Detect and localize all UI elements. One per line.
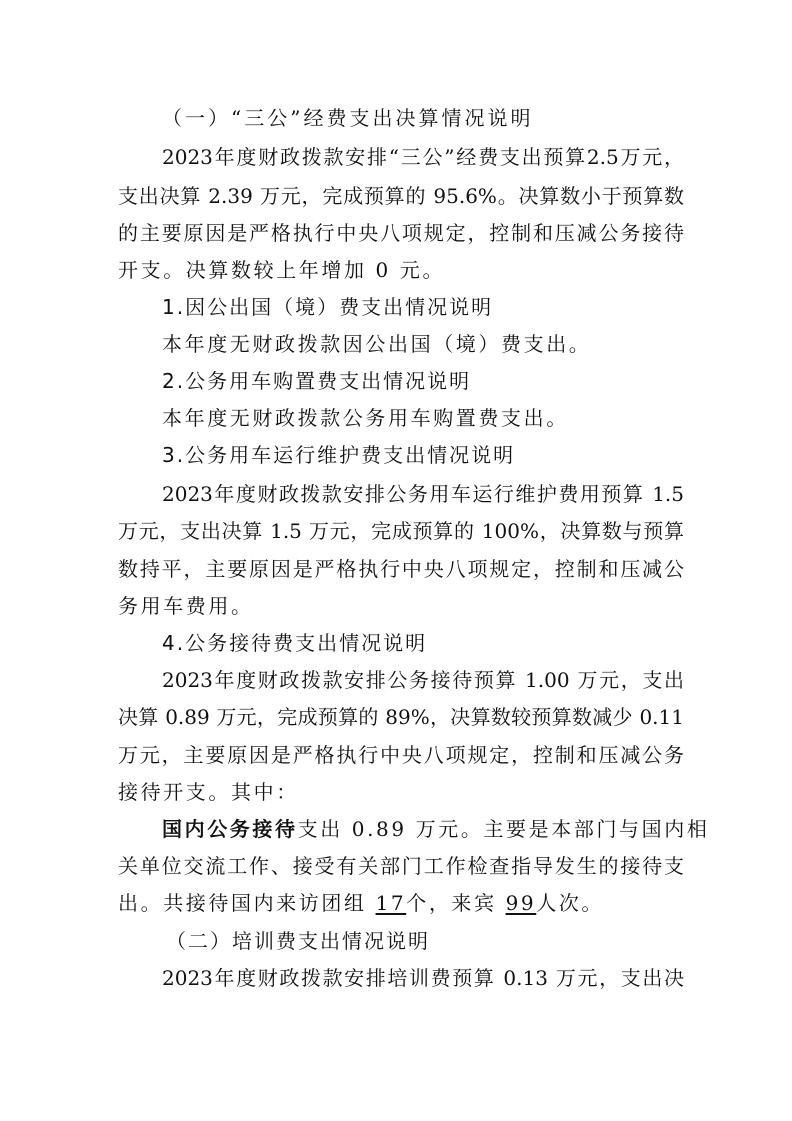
item-title-vehicle-maintenance: 3.公务用车运行维护费支出情况说明 — [162, 443, 722, 467]
paragraph-text: 支出 0.89 万元。主要是本部门与国内相 — [298, 817, 710, 841]
paragraph-line: 2023年度财政拨款安排公务用车运行维护费用预算 1.5 — [162, 482, 684, 506]
paragraph-line: 决算 0.89 万元，完成预算的 89%，决算数较预算数减少 0.11 — [118, 705, 684, 729]
paragraph-line: 接待开支。其中： — [118, 780, 678, 804]
paragraph-line: 本年度无财政拨款公务用车购置费支出。 — [162, 406, 722, 430]
paragraph-line: 支出决算 2.39 万元，完成预算的 95.6%。决算数小于预算数 — [118, 184, 684, 208]
item-title-vehicle-purchase: 2.公务用车购置费支出情况说明 — [162, 369, 722, 393]
paragraph-line: 2023年度财政拨款安排“三公”经费支出预算2.5万元， — [162, 145, 684, 169]
paragraph-line: 务用车费用。 — [118, 594, 678, 618]
paragraph-line: 2023年度财政拨款安排公务接待预算 1.00 万元，支出 — [162, 668, 684, 692]
paragraph-text: 人次。 — [536, 891, 604, 915]
section-heading-three-public-expenses: （一）“三公”经费支出决算情况说明 — [162, 106, 722, 130]
groups-count: 17 — [376, 891, 407, 915]
paragraph-text: 个，来宾 — [406, 891, 505, 915]
domestic-reception-label: 国内公务接待 — [162, 817, 298, 841]
domestic-reception-stats: 出。共接待国内来访团组 17个，来宾 99人次。 — [118, 891, 678, 915]
document-page: （一）“三公”经费支出决算情况说明 2023年度财政拨款安排“三公”经费支出预算… — [0, 0, 792, 1121]
item-title-reception: 4.公务接待费支出情况说明 — [162, 631, 722, 655]
item-title-overseas: 1.因公出国（境）费支出情况说明 — [162, 295, 722, 319]
section-heading-training: （二）培训费支出情况说明 — [166, 929, 726, 953]
paragraph-line: 本年度无财政拨款因公出国（境）费支出。 — [162, 332, 722, 356]
paragraph-line: 2023年度财政拨款安排培训费预算 0.13 万元，支出决 — [162, 966, 684, 990]
paragraph-line: 的主要原因是严格执行中央八项规定，控制和压减公务接待 — [118, 221, 684, 245]
paragraph-line: 开支。决算数较上年增加 0 元。 — [118, 258, 678, 282]
paragraph-text: 出。共接待国内来访团组 — [118, 891, 376, 915]
paragraph-line: 数持平，主要原因是严格执行中央八项规定，控制和压减公 — [118, 557, 684, 581]
visitors-count: 99 — [506, 891, 537, 915]
paragraph-line: 关单位交流工作、接受有关部门工作检查指导发生的接待支 — [118, 854, 684, 878]
paragraph-line: 万元，主要原因是严格执行中央八项规定，控制和压减公务 — [118, 743, 684, 767]
paragraph-line: 万元，支出决算 1.5 万元，完成预算的 100%，决算数与预算 — [118, 519, 684, 543]
domestic-reception-line: 国内公务接待支出 0.89 万元。主要是本部门与国内相 — [162, 817, 722, 841]
